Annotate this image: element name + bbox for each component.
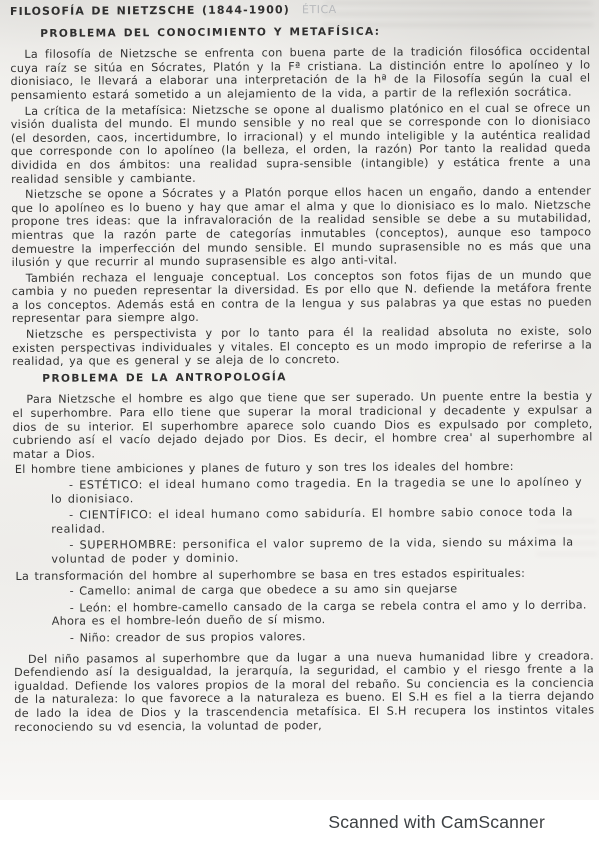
bullet-nino: - Niño: creador de sus propios valores. [14, 628, 594, 645]
paragraph-nueva-humanidad: Del niño pasamos al superhombre que da l… [14, 649, 594, 734]
bullet-camello: - Camello: animal de carga que obedece a… [14, 582, 594, 599]
paragraph-tres-ideales: El hombre tiene ambiciones y planes de f… [13, 460, 593, 477]
bullet-superhombre: - SUPERHOMBRE: personifica el valor supr… [13, 536, 593, 567]
scanned-page: FILOSOFÍA DE NIETZSCHE (1844-1900) ÉTICA… [0, 0, 599, 800]
bullet-cientifico: - CIENTÍFICO: el ideal humano como sabid… [13, 506, 593, 537]
camscanner-watermark: Scanned with CamScanner [328, 812, 545, 833]
paragraph-critica-metafisica: La crítica de la metafísica: Nietzsche s… [11, 101, 591, 186]
doc-title: FILOSOFÍA DE NIETZSCHE (1844-1900) [10, 3, 290, 18]
paragraph-lenguaje-conceptual: También rechaza el lenguaje conceptual. … [12, 268, 592, 326]
handwritten-notes: FILOSOFÍA DE NIETZSCHE (1844-1900) ÉTICA… [10, 1, 594, 736]
paragraph-transformacion: La transformación del hombre al superhom… [13, 566, 593, 583]
section-heading-antropologia: PROBLEMA DE LA ANTROPOLOGÍA [12, 369, 592, 386]
paragraph-filosofia-enfrenta: La filosofía de Nietzsche se enfrenta co… [10, 45, 590, 103]
doc-title-faint-suffix: ÉTICA [302, 3, 337, 16]
paragraph-perspectivista: Nietzsche es perspectivista y por lo tan… [12, 325, 592, 369]
paragraph-hombre-superado: Para Nietzsche el hombre es algo que tie… [12, 390, 592, 462]
scan-footer: Scanned with CamScanner [0, 800, 599, 848]
section-heading-conocimiento: PROBLEMA DEL CONOCIMIENTO Y METAFÍSICA: [10, 24, 590, 41]
paragraph-opone-socrates-platon: Nietzsche se opone a Sócrates y a Platón… [11, 185, 591, 270]
doc-title-row: FILOSOFÍA DE NIETZSCHE (1844-1900) ÉTICA [10, 1, 590, 18]
bullet-leon: - León: el hombre-camello cansado de la … [14, 598, 594, 629]
bullet-estetico: - ESTÉTICO: el ideal humano como tragedi… [13, 475, 593, 506]
